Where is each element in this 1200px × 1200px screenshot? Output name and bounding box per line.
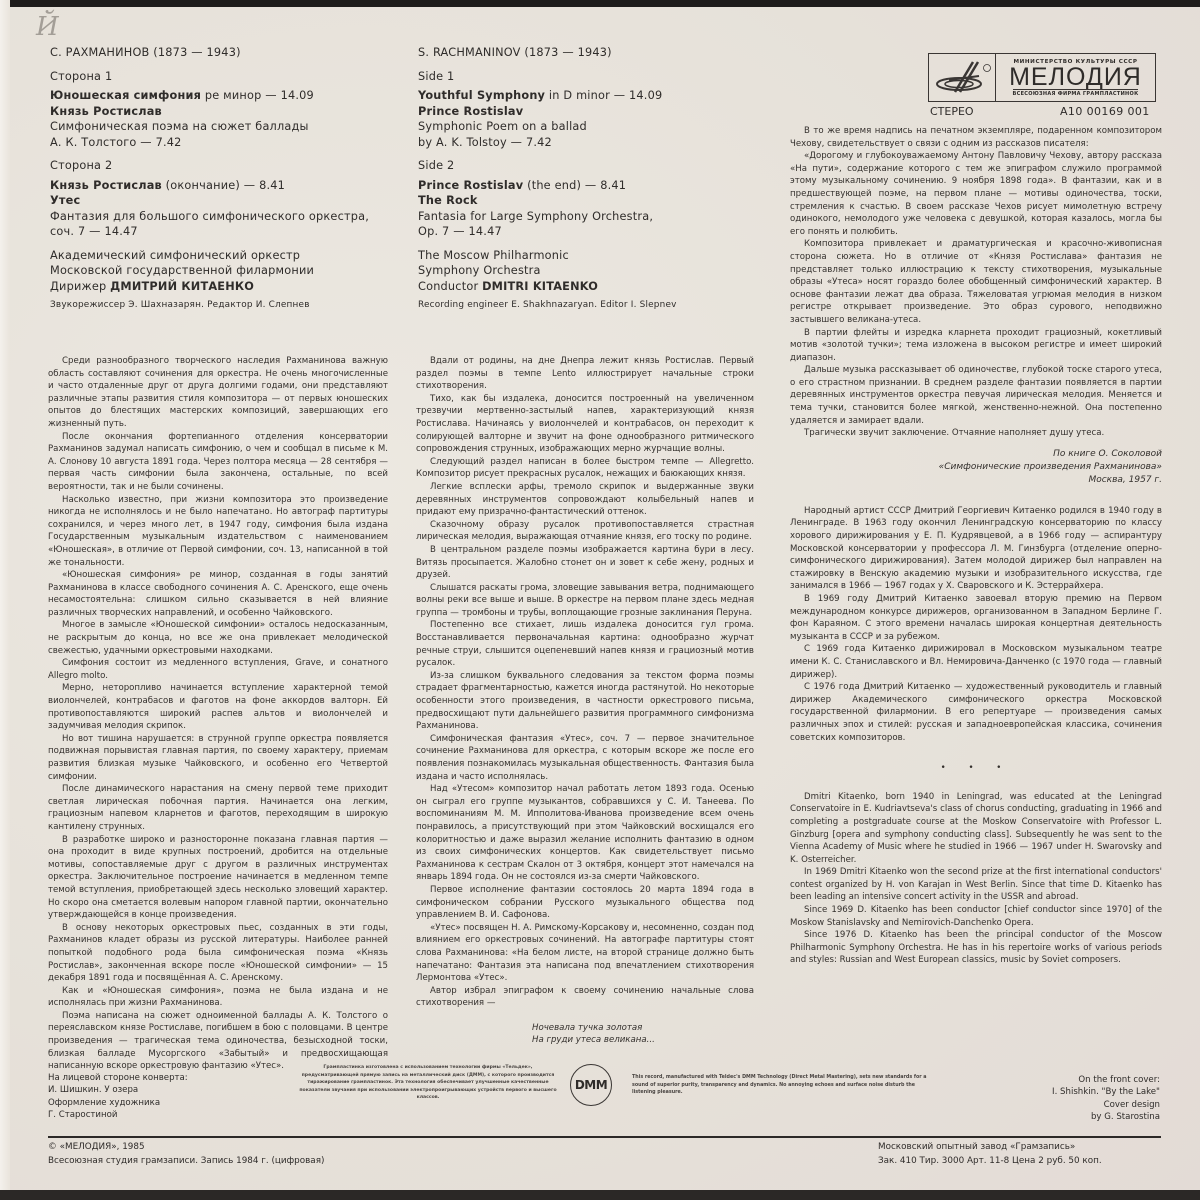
track-rock-desc-en: Fantasia for Large Symphony Orchestra, (418, 209, 758, 225)
citation-place-year: Москва, 1957 г. (790, 474, 1162, 487)
catalog-number: А10 00169 001 (1060, 105, 1150, 118)
scan-border-top (0, 0, 1200, 7)
epigraph: Ночевала тучка золотая На груди утеса ве… (532, 1022, 754, 1047)
notes-paragraph: Над «Утесом» композитор начал работать л… (416, 783, 754, 884)
tracklist-english: S. RACHMANINOV (1873 — 1943) Side 1 Yout… (418, 45, 758, 310)
bio-paragraph: С 1976 года Дмитрий Китаенко — художеств… (790, 681, 1162, 744)
cover-credit-line: by G. Starostina (1052, 1111, 1160, 1123)
notes-paragraph: В основу некоторых оркестровых пьес, соз… (48, 922, 388, 985)
track-rock-desc-ru: Фантазия для большого симфонического орк… (50, 209, 410, 225)
front-cover-credits-ru: На лицевой стороне конверта: И. Шишкин. … (48, 1072, 188, 1122)
notes-paragraph: «Дорогому и глубокоуважаемому Антону Пав… (790, 150, 1162, 238)
notes-paragraph: Мерно, неторопливо начинается вступление… (48, 682, 388, 732)
source-citation: По книге О. Соколовой «Симфонические про… (790, 448, 1162, 487)
notes-paragraph: Насколько известно, при жизни композитор… (48, 494, 388, 570)
notes-paragraph: Среди разнообразного творческого наследи… (48, 355, 388, 431)
notes-paragraph: В то же время надпись на печатном экземп… (790, 125, 1162, 150)
notes-paragraph: Следующий раздел написан в более быстром… (416, 456, 754, 481)
track-rock-duration-ru: соч. 7 — 14.47 (50, 224, 410, 240)
track-rostislav-desc-ru: Симфоническая поэма на сюжет баллады (50, 119, 410, 135)
pencil-mark: Й (36, 12, 59, 42)
side1-label-en: Side 1 (418, 69, 758, 85)
notes-paragraph: Тихо, как бы издалека, доносится построе… (416, 393, 754, 456)
bio-paragraph: С 1969 года Китаенко дирижировал в Моско… (790, 643, 1162, 681)
notes-paragraph: Вдали от родины, на дне Днепра лежит кня… (416, 355, 754, 393)
notes-column-right: В то же время надпись на печатном экземп… (790, 125, 1162, 967)
track-rostislav-title-ru: Князь Ростислав (50, 104, 410, 120)
tracklist-russian: С. РАХМАНИНОВ (1873 — 1943) Сторона 1 Юн… (50, 45, 410, 310)
bio-paragraph: В 1969 году Дмитрий Китаенко завоевал вт… (790, 593, 1162, 643)
scan-border-left (0, 0, 10, 1200)
credits-ru: Звукорежиссер Э. Шахназарян. Редактор И.… (50, 300, 410, 310)
notes-column-left: Среди разнообразного творческого наследи… (48, 355, 388, 1073)
dmm-notice-en: This record, manufactured with Teldec's … (632, 1074, 932, 1097)
melodiya-record-logo-icon (929, 54, 996, 101)
notes-paragraph: Трагически звучит заключение. Отчаяние н… (790, 427, 1162, 440)
bio-paragraph: Dmitri Kitaenko, born 1940 in Leningrad,… (790, 791, 1162, 867)
cover-credit-line: На лицевой стороне конверта: (48, 1072, 188, 1084)
track-rostislav-duration-en: by A. K. Tolstoy — 7.42 (418, 135, 758, 151)
notes-paragraph: В центральном разделе поэмы изображается… (416, 544, 754, 582)
notes-paragraph: Композитора привлекает и драматургическа… (790, 238, 1162, 326)
track-rock-title-ru: Утес (50, 193, 410, 209)
dmm-logo-icon: DMM (570, 1064, 612, 1106)
bio-paragraph: Since 1976 D. Kitaenko has been the prin… (790, 929, 1162, 967)
notes-paragraph: Первое исполнение фантазии состоялось 20… (416, 884, 754, 922)
notes-paragraph: Из-за слишком буквального следования за … (416, 670, 754, 733)
section-separator: • • • (790, 762, 1162, 775)
track-rostislav-end-en: Prince Rostislav (the end) — 8.41 (418, 178, 758, 194)
scan-border-bottom (0, 1190, 1200, 1200)
notes-paragraph: Как и «Юношеская симфония», поэма не был… (48, 985, 388, 1010)
track-rostislav-title-en: Prince Rostislav (418, 104, 758, 120)
print-run-info: Зак. 410 Тир. 3000 Арт. 11-8 Цена 2 руб.… (878, 1155, 1102, 1169)
bio-paragraph: In 1969 Dmitri Kitaenko won the second p… (790, 866, 1162, 904)
studio-info: Всесоюзная студия грамзаписи. Запись 198… (48, 1155, 324, 1169)
orchestra-ru-1: Академический симфонический оркестр (50, 248, 410, 264)
footer-divider (48, 1136, 1161, 1138)
conductor-bio-en: Dmitri Kitaenko, born 1940 in Leningrad,… (790, 791, 1162, 967)
side2-label-en: Side 2 (418, 158, 758, 174)
conductor-bio-ru: Народный артист СССР Дмитрий Георгиевич … (790, 505, 1162, 744)
composer-en: S. RACHMANINOV (1873 — 1943) (418, 45, 758, 61)
notes-paragraph: В партии флейты и изредка кларнета прохо… (790, 327, 1162, 365)
side1-label-ru: Сторона 1 (50, 69, 410, 85)
notes-paragraph: Легкие всплески арфы, тремоло скрипок и … (416, 481, 754, 519)
track-rostislav-duration-ru: А. К. Толстого — 7.42 (50, 135, 410, 151)
copyright-block: © «МЕЛОДИЯ», 1985 Всесоюзная студия грам… (48, 1141, 324, 1168)
notes-paragraph: Но вот тишина нарушается: в струнной гру… (48, 733, 388, 783)
side2-label-ru: Сторона 2 (50, 158, 410, 174)
track-rostislav-desc-en: Symphonic Poem on a ballad (418, 119, 758, 135)
bio-paragraph: Народный артист СССР Дмитрий Георгиевич … (790, 505, 1162, 593)
conductor-en: Conductor DMITRI KITAENKO (418, 279, 758, 295)
notes-paragraph: Многое в замысле «Юношеской симфонии» ос… (48, 619, 388, 657)
dmm-notice-ru: Грампластинка изготовлена с использовани… (296, 1064, 560, 1102)
conductor-ru: Дирижер ДМИТРИЙ КИТАЕНКО (50, 279, 410, 295)
orchestra-en-1: The Moscow Philharmonic (418, 248, 758, 264)
notes-paragraph: Слышатся раскаты грома, зловещие завыван… (416, 582, 754, 620)
notes-paragraph: Дальше музыка рассказывает об одиночеств… (790, 364, 1162, 427)
track-rostislav-end-ru: Князь Ростислав (окончание) — 8.41 (50, 178, 410, 194)
print-info-block: Московский опытный завод «Грамзапись» За… (878, 1141, 1102, 1168)
citation-title: «Симфонические произведения Рахманинова» (790, 461, 1162, 474)
notes-column-middle: Вдали от родины, на дне Днепра лежит кня… (416, 355, 754, 1047)
notes-paragraph: После окончания фортепианного отделения … (48, 431, 388, 494)
epigraph-line: На груди утеса великана... (532, 1034, 754, 1047)
notes-paragraph: Сказочному образу русалок противопоставл… (416, 519, 754, 544)
cover-credit-line: On the front cover: (1052, 1074, 1160, 1086)
factory-name: Московский опытный завод «Грамзапись» (878, 1141, 1102, 1155)
format-label: СТЕРЕО (930, 105, 974, 118)
orchestra-en-2: Symphony Orchestra (418, 263, 758, 279)
credits-en: Recording engineer E. Shakhnazaryan. Edi… (418, 300, 758, 310)
bio-paragraph: Since 1969 D. Kitaenko has been conducto… (790, 904, 1162, 929)
cover-credit-line: Оформление художника (48, 1097, 188, 1109)
notes-paragraph: Постепенно все стихает, лишь издалека до… (416, 619, 754, 669)
cover-credit-line: Cover design (1052, 1099, 1160, 1111)
notes-paragraph: После динамического нарастания на смену … (48, 783, 388, 833)
melodiya-logo: МИНИСТЕРСТВО КУЛЬТУРЫ СССР МЕЛОДИЯ ВСЕСО… (928, 53, 1156, 102)
brand-name: МЕЛОДИЯ (1009, 65, 1142, 89)
citation-author: По книге О. Соколовой (790, 448, 1162, 461)
notes-paragraph: «Юношеская симфония» ре минор, созданная… (48, 569, 388, 619)
notes-paragraph: Симфония состоит из медленного вступлени… (48, 657, 388, 682)
track-rock-title-en: The Rock (418, 193, 758, 209)
composer-ru: С. РАХМАНИНОВ (1873 — 1943) (50, 45, 410, 61)
notes-paragraph: В разработке широко и разносторонне пока… (48, 834, 388, 922)
copyright: © «МЕЛОДИЯ», 1985 (48, 1141, 324, 1155)
brand-subtitle: ВСЕСОЮЗНАЯ ФИРМА ГРАМПЛАСТИНОК (1013, 89, 1139, 97)
front-cover-credits-en: On the front cover: I. Shishkin. "By the… (1052, 1074, 1160, 1124)
track-youthful-symphony-ru: Юношеская симфония ре минор — 14.09 (50, 88, 410, 104)
orchestra-ru-2: Московской государственной филармонии (50, 263, 410, 279)
cover-credit-line: Г. Старостиной (48, 1109, 188, 1121)
notes-paragraph: Автор избрал эпиграфом к своему сочинени… (416, 985, 754, 1010)
cover-credit-line: I. Shishkin. "By the Lake" (1052, 1086, 1160, 1098)
track-youthful-symphony-en: Youthful Symphony in D minor — 14.09 (418, 88, 758, 104)
notes-paragraph: «Утес» посвящен Н. А. Римскому-Корсакову… (416, 922, 754, 985)
track-rock-duration-en: Op. 7 — 14.47 (418, 224, 758, 240)
epigraph-line: Ночевала тучка золотая (532, 1022, 754, 1035)
cover-credit-line: И. Шишкин. У озера (48, 1084, 188, 1096)
notes-paragraph: Симфоническая фантазия «Утес», соч. 7 — … (416, 733, 754, 783)
